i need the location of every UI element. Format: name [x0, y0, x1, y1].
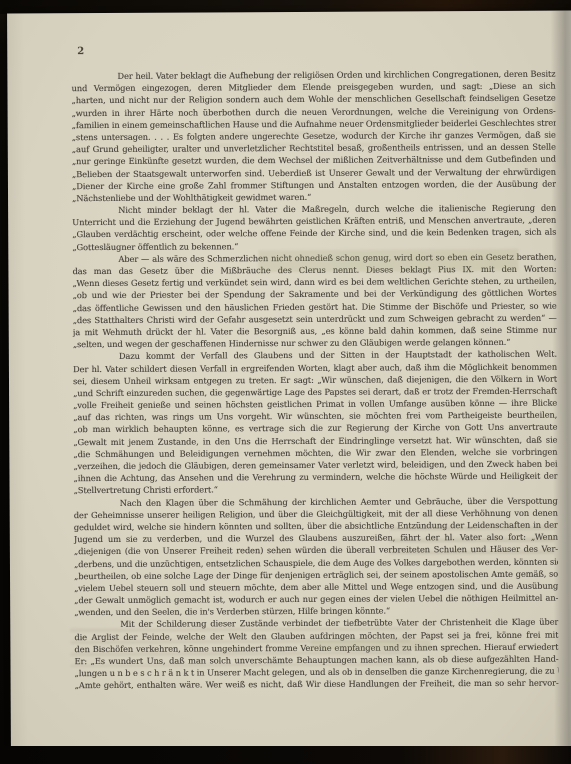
text-line: „Glauben verdächtig erscheint, oder welc… [72, 226, 556, 241]
text-line: „Diener der Kirche eine große Zahl fromm… [72, 177, 556, 192]
text-line: „Amte gehört, enthalten wäre. Wer weiß e… [75, 677, 559, 692]
document-page: 2 Der heil. Vater beklagt die Aufhebung … [7, 11, 571, 751]
text-block: Der heil. Vater beklagt die Aufhebung de… [71, 68, 558, 692]
page-number: 2 [77, 46, 84, 57]
scan-bottom-border [0, 746, 571, 764]
scanned-document: 2 Der heil. Vater beklagt die Aufhebung … [0, 0, 571, 764]
